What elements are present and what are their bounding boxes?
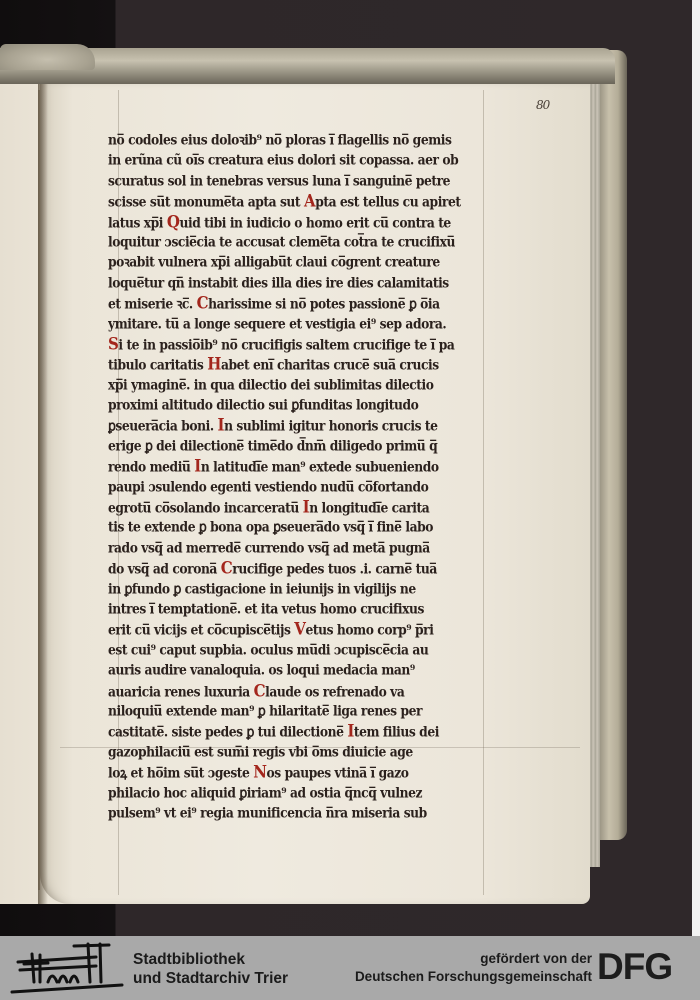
- manuscript-line: erit cu̅ vicijs et co̅cupisce̅tijs Vetus…: [108, 618, 488, 641]
- manuscript-line: ꝑseuera̅cia boni. In sublimi igitur hono…: [108, 414, 488, 437]
- line-text: auris audire vanaloquia. os loqui medaci…: [108, 661, 415, 678]
- line-text-after-initial: harissime si no̅ potes passione̅ ꝑ o̅ia: [208, 295, 440, 312]
- line-text: loꝝ et ho̅im su̅t ɔgeste: [108, 764, 253, 781]
- rubricated-initial: I: [347, 721, 354, 741]
- funding-notice-line2: Deutschen Forschungsgemeinschaft: [355, 968, 592, 986]
- library-name-line2: und Stadtarchiv Trier: [133, 969, 288, 988]
- line-text: erige ꝑ dei dilectione̅ time̅do d̅nm̅ di…: [108, 437, 437, 454]
- footer-bar: Stadtbibliothek und Stadtarchiv Trier ge…: [0, 936, 700, 1000]
- rubricated-initial: C: [254, 680, 266, 700]
- line-text: in ꝑfundo ꝑ castigacione in ieiunijs in …: [108, 580, 416, 597]
- line-text-after-initial: pta est tellus cu apiret: [315, 193, 460, 210]
- library-name: Stadtbibliothek und Stadtarchiv Trier: [133, 950, 288, 988]
- funding-notice-line1: gefördert von der: [355, 950, 592, 968]
- line-text: philacio hoc aliquid ꝑiriam⁹ ad ostia q̅…: [108, 784, 422, 801]
- stadtbibliothek-trier-logo-icon: [4, 940, 124, 996]
- manuscript-line: do vsq̅ ad corona̅ Crucifige pedes tuos …: [108, 557, 488, 580]
- line-text-after-initial: rucifige pedes tuos .i. carne̅ tua̅: [232, 560, 437, 577]
- line-text-after-initial: abet eni̅ charitas cruce̅ sua̅ crucis: [221, 356, 439, 373]
- line-text: ymitare. tu̅ a longe sequere et vestigia…: [108, 315, 446, 332]
- gutter-shadow: [38, 84, 48, 904]
- manuscript-line: ymitare. tu̅ a longe sequere et vestigia…: [108, 312, 488, 335]
- line-text-after-initial: uid tibi in iudicio o homo erit cu̅ cont…: [179, 214, 450, 231]
- rubricated-initial: N: [253, 762, 266, 782]
- line-text: latus xp̅i: [108, 214, 167, 231]
- manuscript-line: scisse su̅t monume̅ta apta sut Apta est …: [108, 190, 488, 213]
- line-text: poꝛabit vulnera xp̅i alligabu̅t claui co…: [108, 253, 440, 270]
- manuscript-line: in erũna cũ oi̅s creatura eius dolori si…: [108, 149, 488, 172]
- rubricated-initial: H: [207, 354, 221, 374]
- line-text: est cui⁹ caput supbia. oculus mu̅di ɔcup…: [108, 641, 428, 658]
- line-text: gazophilaciu̅ est sum̅i regis vbi o̅ms d…: [108, 743, 413, 760]
- rubricated-initial: I: [194, 456, 201, 476]
- line-text: tis te extende ꝑ bona opa ꝑseuera̅do vsq…: [108, 518, 433, 535]
- line-text-after-initial: n latitudi̅e man⁹ extede subueniendo: [201, 458, 439, 475]
- manuscript-line: latus xp̅i Quid tibi in iudicio o homo e…: [108, 210, 488, 233]
- line-text: proximi altitudo dilectio sui ꝑfunditas …: [108, 396, 418, 413]
- manuscript-line: philacio hoc aliquid ꝑiriam⁹ ad ostia q̅…: [108, 781, 488, 804]
- line-text: castitate̅. siste pedes ꝑ tui dilectione…: [108, 723, 347, 740]
- line-text: xp̅i ymagine̅. in qua dilectio dei subli…: [108, 376, 434, 393]
- line-text: tibulo caritatis: [108, 356, 207, 373]
- line-text-after-initial: n sublimi igitur honoris crucis te: [224, 418, 437, 435]
- line-text-after-initial: os paupes vtina̅ i̅ gazo: [267, 764, 409, 781]
- line-text: loque̅tur qn̅ instabit dies illa dies ir…: [108, 274, 449, 291]
- manuscript-line: loꝝ et ho̅im su̅t ɔgeste Nos paupes vtin…: [108, 761, 488, 784]
- book-binding-fragment: [0, 44, 95, 70]
- line-text-after-initial: etus homo corp⁹ p̅ri: [306, 622, 434, 639]
- line-text: rado vsq̅ ad merrede̅ currendo vsq̅ ad m…: [108, 539, 430, 556]
- line-text: paupi ɔsulendo egenti vestiendo nudu̅ co…: [108, 478, 428, 495]
- line-text: egrotu̅ co̅solando incarceratu̅: [108, 499, 303, 516]
- manuscript-line: auaricia renes luxuria Claude os refrena…: [108, 679, 488, 702]
- funding-notice: gefördert von der Deutschen Forschungsge…: [355, 950, 592, 986]
- line-text: scuratus sol in tenebras versus luna i̅ …: [108, 172, 450, 189]
- manuscript-text-block: no̅ codoles eius doloꝛib⁹ no̅ ploras i̅ …: [108, 130, 488, 823]
- manuscript-line: tis te extende ꝑ bona opa ꝑseuera̅do vsq…: [108, 516, 488, 539]
- manuscript-line: poꝛabit vulnera xp̅i alligabu̅t claui co…: [108, 251, 488, 274]
- line-text: et miserie ꝛc̅.: [108, 295, 197, 312]
- manuscript-line: tibulo caritatis Habet eni̅ charitas cru…: [108, 353, 488, 376]
- manuscript-line: et miserie ꝛc̅. Charissime si no̅ potes …: [108, 292, 488, 315]
- folio-number: 80: [536, 98, 549, 112]
- line-text-after-initial: n longitudi̅e carita: [309, 499, 429, 516]
- rubricated-initial: V: [294, 619, 305, 639]
- line-text: erit cu̅ vicijs et co̅cupisce̅tijs: [108, 622, 294, 639]
- line-text: rendo mediu̅: [108, 458, 194, 475]
- line-text-after-initial: tem filius dei: [354, 723, 439, 740]
- line-text-after-initial: i te in passio̅ib⁹ no̅ crucifigis saltem…: [118, 336, 454, 353]
- manuscript-line: rendo mediu̅ In latitudi̅e man⁹ extede s…: [108, 455, 488, 478]
- rubricated-initial: Q: [167, 211, 180, 231]
- line-text: niloquiu̅ extende man⁹ ꝑ hilaritate̅ lig…: [108, 702, 422, 719]
- rubricated-initial: A: [304, 191, 315, 211]
- manuscript-line: castitate̅. siste pedes ꝑ tui dilectione…: [108, 720, 488, 743]
- line-text-after-initial: laude os refrenado va: [265, 683, 404, 700]
- line-text: loquitur ɔscie̅cia te accusat cleme̅ta c…: [108, 233, 455, 250]
- manuscript-line: auris audire vanaloquia. os loqui medaci…: [108, 659, 488, 682]
- line-text: intres i̅ temptatione̅. et ita vetus hom…: [108, 600, 424, 617]
- line-text: auaricia renes luxuria: [108, 683, 254, 700]
- line-text: pulsem⁹ vt ei⁹ regia munificencia n̅ra m…: [108, 804, 427, 821]
- library-name-line1: Stadtbibliothek: [133, 950, 288, 969]
- image-edge-strip: [692, 0, 700, 936]
- line-text: no̅ codoles eius doloꝛib⁹ no̅ ploras i̅ …: [108, 131, 451, 148]
- manuscript-line: pulsem⁹ vt ei⁹ regia munificencia n̅ra m…: [108, 802, 488, 825]
- line-text: in erũna cũ oi̅s creatura eius dolori si…: [108, 151, 458, 168]
- rubricated-initial: S: [108, 334, 118, 354]
- line-text: ꝑseuera̅cia boni.: [108, 418, 218, 435]
- rubricated-initial: C: [197, 293, 209, 313]
- book-cover-right-edge: [597, 50, 627, 840]
- manuscript-scan: 80 no̅ codoles eius doloꝛib⁹ no̅ ploras …: [0, 0, 700, 936]
- rubricated-initial: C: [221, 558, 233, 578]
- dfg-logo: DFG: [597, 946, 672, 988]
- line-text: do vsq̅ ad corona̅: [108, 560, 221, 577]
- line-text: scisse su̅t monume̅ta apta sut: [108, 193, 304, 210]
